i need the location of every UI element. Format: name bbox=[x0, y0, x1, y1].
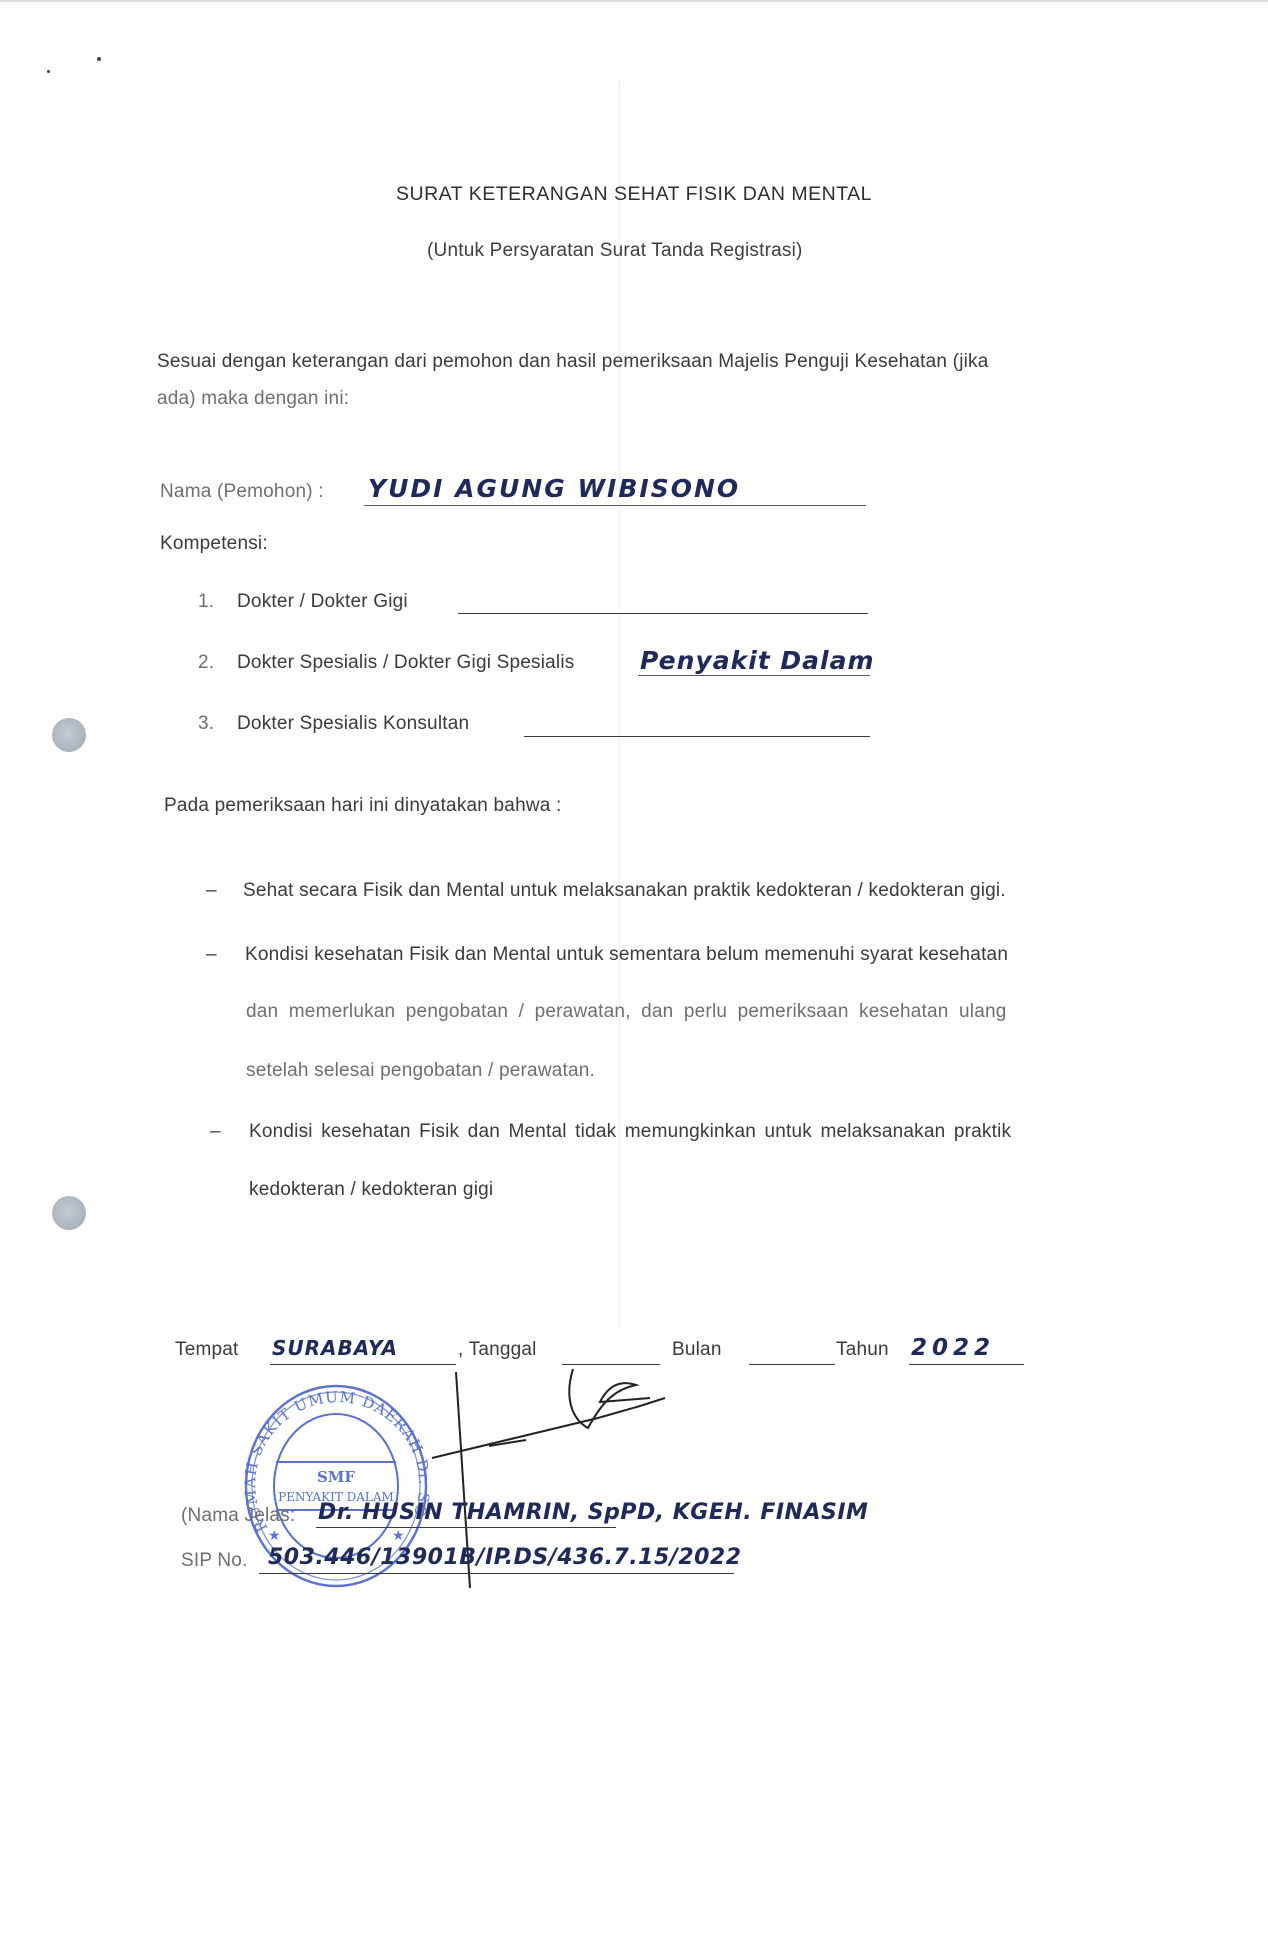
competency-underline-2 bbox=[638, 675, 870, 676]
doctor-name-field[interactable]: Dr. HUSIN THAMRIN, SpPD, KGEH. FINASIM bbox=[318, 1500, 868, 1525]
applicant-name-field[interactable]: YUDI AGUNG WIBISONO bbox=[368, 474, 740, 503]
statement-2-line-1: Kondisi kesehatan Fisik dan Mental untuk… bbox=[245, 944, 1008, 966]
month-field[interactable] bbox=[749, 1364, 835, 1365]
competency-field-1[interactable] bbox=[458, 613, 868, 614]
month-label: Bulan bbox=[672, 1339, 722, 1361]
doctor-signature bbox=[0, 0, 1268, 1946]
competency-label: Kompetensi: bbox=[160, 533, 268, 555]
svg-text:★: ★ bbox=[392, 1527, 405, 1543]
statement-intro: Pada pemeriksaan hari ini dinyatakan bah… bbox=[164, 795, 561, 817]
punch-hole bbox=[52, 718, 86, 752]
statement-3-line-2: kedokteran / kedokteran gigi bbox=[249, 1179, 493, 1201]
competency-number-3: 3. bbox=[198, 713, 214, 735]
statement-2-line-3: setelah selesai pengobatan / perawatan. bbox=[246, 1060, 595, 1082]
place-label: Tempat bbox=[175, 1339, 239, 1361]
sip-label: SIP No. bbox=[181, 1550, 248, 1572]
sip-field[interactable]: 503.446/13901B/IP.DS/436.7.15/2022 bbox=[268, 1545, 742, 1570]
statement-marker-3: – bbox=[210, 1121, 221, 1143]
year-label: Tahun bbox=[836, 1339, 889, 1361]
statement-marker-1: – bbox=[206, 880, 217, 902]
competency-label-3: Dokter Spesialis Konsultan bbox=[237, 713, 469, 735]
year-underline bbox=[909, 1364, 1024, 1365]
punch-hole bbox=[52, 1196, 86, 1230]
competency-field-3[interactable] bbox=[524, 736, 870, 737]
sip-underline bbox=[259, 1573, 734, 1574]
statement-2-line-2: dan memerlukan pengobatan / perawatan, d… bbox=[246, 1001, 1007, 1023]
document-subtitle: (Untuk Persyaratan Surat Tanda Registras… bbox=[427, 240, 803, 262]
doctor-name-underline bbox=[316, 1527, 616, 1528]
competency-field-2[interactable]: Penyakit Dalam bbox=[640, 646, 875, 675]
place-underline bbox=[270, 1364, 456, 1365]
year-field[interactable]: 2022 bbox=[911, 1335, 995, 1361]
place-field[interactable]: SURABAYA bbox=[272, 1336, 398, 1360]
scan-edge bbox=[0, 0, 1268, 2]
statement-3-line-1: Kondisi kesehatan Fisik dan Mental tidak… bbox=[249, 1121, 1011, 1143]
stamp-smf: SMF bbox=[317, 1468, 355, 1486]
scan-speck bbox=[47, 70, 50, 73]
applicant-underline bbox=[364, 505, 866, 506]
competency-number-1: 1. bbox=[198, 591, 214, 613]
scan-speck bbox=[97, 57, 101, 61]
document-page: SURAT KETERANGAN SEHAT FISIK DAN MENTAL … bbox=[0, 0, 1268, 1946]
date-field[interactable] bbox=[562, 1364, 660, 1365]
intro-text-line2: ada) maka dengan ini: bbox=[157, 388, 349, 410]
competency-number-2: 2. bbox=[198, 652, 214, 674]
intro-text-line1: Sesuai dengan keterangan dari pemohon da… bbox=[157, 351, 989, 373]
competency-label-1: Dokter / Dokter Gigi bbox=[237, 591, 408, 613]
document-title: SURAT KETERANGAN SEHAT FISIK DAN MENTAL bbox=[396, 183, 872, 206]
svg-text:★: ★ bbox=[268, 1527, 281, 1543]
doctor-name-label: (Nama Jelas: bbox=[181, 1505, 295, 1527]
statement-marker-2: – bbox=[206, 944, 217, 966]
statement-1-line-1: Sehat secara Fisik dan Mental untuk mela… bbox=[243, 880, 1006, 902]
competency-label-2: Dokter Spesialis / Dokter Gigi Spesialis bbox=[237, 652, 574, 674]
applicant-label: Nama (Pemohon) : bbox=[160, 481, 324, 503]
date-label: , Tanggal bbox=[458, 1339, 537, 1361]
